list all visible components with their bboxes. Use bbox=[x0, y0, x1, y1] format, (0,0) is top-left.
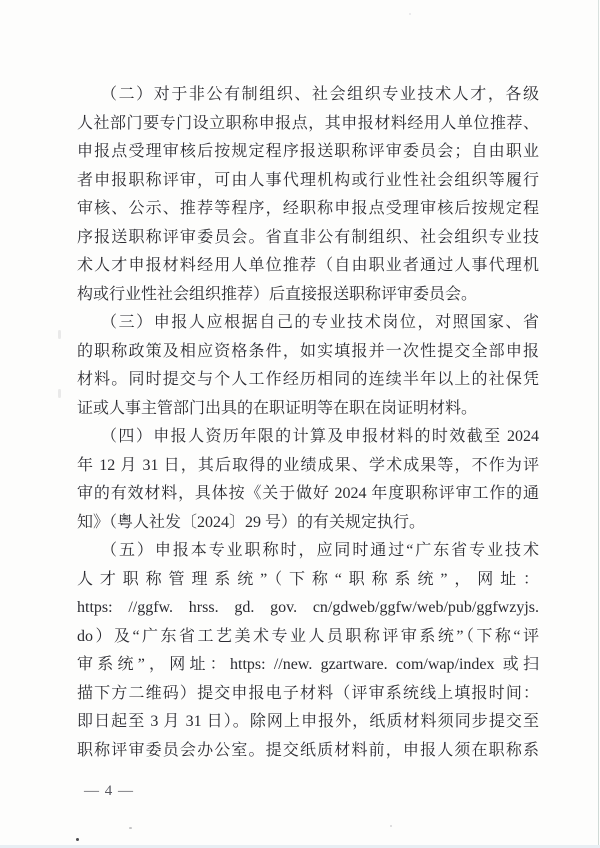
text-line: 年 12 月 31 日，其后取得的业绩成果、学术成果等，不作为评 bbox=[77, 452, 539, 481]
text-line: （三）申报人应根据自己的专业技术岗位，对照国家、省 bbox=[77, 309, 539, 338]
text-line: 人社部门要专门设立职称申报点，其申报材料经用人单位推荐、 bbox=[77, 110, 539, 139]
text-line: 即日起至 3 月 31 日）。除网上申报外，纸质材料须同步提交至 bbox=[77, 708, 539, 737]
document-page: （二）对于非公有制组织、社会组织专业技术人才，各级人社部门要专门设立职称申报点，… bbox=[0, 0, 600, 848]
text-line: 描下方二维码）提交申报电子材料（评审系统线上填报时间： bbox=[77, 680, 539, 709]
document-body: （二）对于非公有制组织、社会组织专业技术人才，各级人社部门要专门设立职称申报点，… bbox=[77, 81, 539, 765]
scan-speck bbox=[129, 827, 132, 829]
text-line: 审核、公示、推荐等程序，经职称申报点受理审核后按规定程 bbox=[77, 195, 539, 224]
text-line: （四）申报人资历年限的计算及申报材料的时效截至 2024 bbox=[77, 423, 539, 452]
text-line: 证或人事主管部门出具的在职证明等在职在岗证明材料。 bbox=[77, 395, 539, 424]
text-line: 知》（粤人社发〔2024〕29 号）的有关规定执行。 bbox=[77, 509, 539, 538]
text-line: 术人才申报材料经用人单位推荐（自由职业者通过人事代理机 bbox=[77, 252, 539, 281]
scan-smudge bbox=[58, 330, 61, 339]
text-line: https: //ggfw. hrss. gd. gov. cn/gdweb/g… bbox=[77, 594, 539, 623]
text-line: （二）对于非公有制组织、社会组织专业技术人才，各级 bbox=[77, 81, 539, 110]
text-line: 构或行业性社会组织推荐）后直接报送职称评审委员会。 bbox=[77, 281, 539, 310]
text-line: 申报点受理审核后按规定程序报送职称评审委员会；自由职业 bbox=[77, 138, 539, 167]
text-line: 审的有效材料，具体按《关于做好 2024 年度职称评审工作的通 bbox=[77, 480, 539, 509]
text-line: （五）申报本专业职称时，应同时通过“广东省专业技术 bbox=[77, 537, 539, 566]
scan-edge-right-artifact bbox=[598, 0, 600, 848]
scan-speck bbox=[409, 13, 411, 15]
text-line: 的职称政策及相应资格条件，如实填报并一次性提交全部申报 bbox=[77, 338, 539, 367]
text-line: 审系统”，网址：https: //new. gzartware. com/wap… bbox=[77, 651, 539, 680]
scan-speck bbox=[76, 838, 79, 841]
text-line: 人才职称管理系统”（下称“职称系统”，网址： bbox=[77, 566, 539, 595]
text-line: 序报送职称评审委员会。省直非公有制组织、社会组织专业技 bbox=[77, 224, 539, 253]
text-line: 职称评审委员会办公室。提交纸质材料前，申报人须在职称系 bbox=[77, 737, 539, 766]
scan-smudge bbox=[58, 389, 61, 398]
text-line: 材料。同时提交与个人工作经历相同的连续半年以上的社保凭 bbox=[77, 366, 539, 395]
text-line: do）及“广东省工艺美术专业人员职称评审系统”（下称“评 bbox=[77, 623, 539, 652]
text-line: 者申报职称评审，可由人事代理机构或行业性社会组织等履行 bbox=[77, 167, 539, 196]
page-number: — 4 — bbox=[84, 783, 134, 800]
scan-speck bbox=[390, 825, 392, 827]
